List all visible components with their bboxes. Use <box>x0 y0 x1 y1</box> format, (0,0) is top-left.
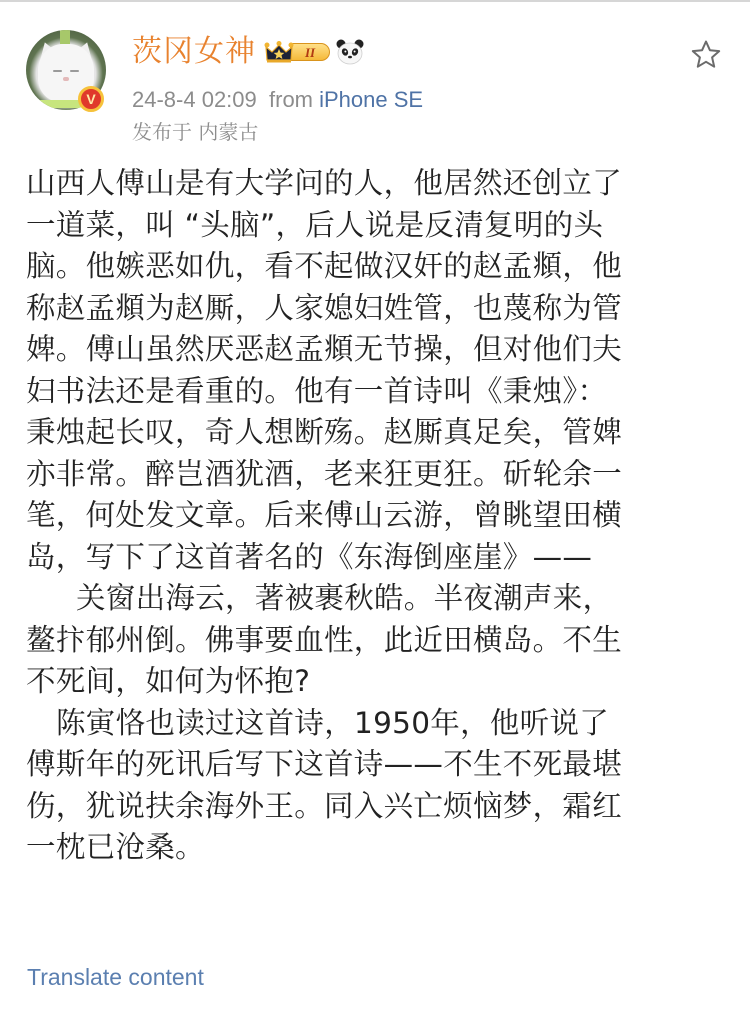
crown-icon <box>264 41 294 63</box>
star-outline-icon <box>688 37 724 73</box>
vip-badge[interactable]: II <box>264 39 364 65</box>
poem-line: 关窗出海云，著被裹秋皓。半夜潮声来， <box>26 578 726 620</box>
post-text-line: 陈寅恪也读过这首诗，1950年，他听说了 <box>26 703 726 745</box>
post-text-line: 山西人傅山是有大学问的人，他居然还创立了 <box>26 163 726 205</box>
source-device-link[interactable]: iPhone SE <box>319 87 423 112</box>
post-timestamp: 24-8-4 02:09 <box>132 87 257 112</box>
post-text-line: 笔，何处发文章。后来傅山云游，曾眺望田横 <box>26 495 726 537</box>
post-text-line: 一道菜，叫 “头脑”，后人说是反清复明的头 <box>26 205 726 247</box>
post-text-line: 亦非常。醉岂酒犹酒，老来狂更狂。斫轮余一 <box>26 454 726 496</box>
post-text-line: 脑。他嫉恶如仇，看不起做汉奸的赵孟頫，他 <box>26 246 726 288</box>
post-text: 山西人傅山是有大学问的人，他居然还创立了 一道菜，叫 “头脑”，后人说是反清复明… <box>26 163 726 869</box>
panda-icon <box>336 39 364 65</box>
post-text-line: 岛，写下了这首著名的《东海倒座崖》—— <box>26 537 726 579</box>
source-prefix: from <box>269 87 313 112</box>
vip-level-badge: II <box>290 43 330 61</box>
translate-content-link[interactable]: Translate content <box>27 962 204 992</box>
top-divider <box>0 0 750 2</box>
poem-line: 不死间，如何为怀抱? <box>26 661 726 703</box>
post-meta: 24-8-4 02:09 from iPhone SE <box>132 86 423 114</box>
verified-badge-icon: V <box>78 86 104 112</box>
favorite-button[interactable] <box>688 37 724 73</box>
poem-line: 鳌抃郁州倒。佛事要血性，此近田横岛。不生 <box>26 620 726 662</box>
post-text-line: 秉烛起长叹，奇人想断殇。赵厮真足矣，管婢 <box>26 412 726 454</box>
post-text-line: 伤，犹说扶余海外王。同入兴亡烦恼梦，霜红 <box>26 786 726 828</box>
post-text-line: 称赵孟頫为赵厮，人家媳妇姓管，也蔑称为管 <box>26 288 726 330</box>
post-text-line: 一枕已沧桑。 <box>26 827 726 869</box>
post-text-line: 婢。傅山虽然厌恶赵孟頫无节操，但对他们夫 <box>26 329 726 371</box>
post-text-line: 妇书法还是看重的。他有一首诗叫《秉烛》： <box>26 371 726 413</box>
post-location: 发布于 内蒙古 <box>132 118 258 146</box>
author-avatar[interactable]: V <box>26 30 106 110</box>
author-name[interactable]: 茨冈女神 <box>132 32 256 72</box>
author-header: 茨冈女神 II <box>132 32 364 72</box>
post-text-line: 傅斯年的死讯后写下这首诗——不生不死最堪 <box>26 744 726 786</box>
